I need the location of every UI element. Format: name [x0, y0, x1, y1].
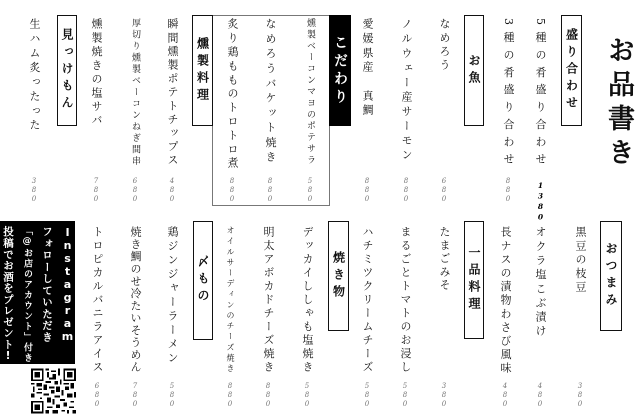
- menu-item: オイルサーディンのチーズ焼き: [223, 226, 237, 372]
- section-header-kunsei: 燻製料理: [192, 15, 213, 126]
- menu-item: なめろう: [437, 18, 451, 70]
- menu-item: 瞬間燻製ポテトチップス: [165, 18, 179, 165]
- menu-title: お品書き: [602, 36, 634, 172]
- menu-item: たまごみそ: [437, 226, 451, 290]
- price: 880: [503, 177, 513, 204]
- price: 680: [439, 177, 449, 204]
- price: 780: [91, 177, 101, 204]
- price: 580: [362, 382, 372, 409]
- price: 380: [575, 382, 585, 409]
- promo-line-follow: フォローしていただき: [40, 226, 54, 342]
- price: 880: [225, 382, 235, 409]
- qr-code-icon: [31, 367, 76, 415]
- price: 480: [167, 177, 177, 204]
- price: 580: [167, 382, 177, 409]
- section-label: 見っけもん: [60, 28, 74, 113]
- instagram-promo-box: Instagram フォローしていただき 「@お店のアカウント」付き 投稿でお酒…: [0, 221, 75, 364]
- menu-item: デッカイししゃも塩焼き: [300, 226, 314, 372]
- section-label: 盛り合わせ: [565, 28, 579, 113]
- price: 580: [400, 382, 410, 409]
- section-header-ippin: 一品料理: [464, 221, 484, 339]
- price: 880: [401, 177, 411, 204]
- menu-item: 厚切り燻製ベーコンねぎ間串: [128, 18, 142, 165]
- price: 680: [92, 382, 102, 409]
- section-header-osakana: お魚: [464, 15, 484, 126]
- section-label: こだわり: [333, 35, 347, 107]
- section-label: おつまみ: [604, 242, 618, 310]
- price: 780: [130, 382, 140, 409]
- price: 880: [263, 382, 273, 409]
- section-header-yakimono: 焼き物: [328, 221, 349, 331]
- menu-item: なめろうバケット焼き: [263, 18, 277, 162]
- section-header-moriawase: 盛り合わせ: [561, 15, 582, 126]
- menu-item: 鶏ジンジャーラーメン: [165, 226, 179, 363]
- section-label: 一品料理: [467, 246, 481, 314]
- price: 480: [500, 382, 510, 409]
- price: 880: [227, 177, 237, 204]
- section-label: 焼き物: [332, 251, 346, 302]
- menu-item: 生ハム炙ったった: [27, 18, 41, 130]
- section-label: 燻製料理: [196, 37, 210, 105]
- section-header-shime: 〆もの: [193, 221, 213, 340]
- section-header-mikkemon: 見っけもん: [57, 15, 77, 126]
- menu-item: ノルウェー産サーモン: [399, 18, 413, 160]
- menu-item: 黒豆の枝豆: [573, 226, 587, 292]
- menu-item: 5種の肴盛り合わせ: [533, 18, 547, 164]
- price: 880: [265, 177, 275, 204]
- menu-item: まるごとトマトのお浸し: [398, 226, 412, 372]
- price: 580: [305, 177, 315, 204]
- price: 680: [130, 177, 140, 204]
- price: 480: [535, 382, 545, 409]
- section-header-kodawari: こだわり: [329, 15, 351, 126]
- menu-item: 明太アボカドチーズ焼き: [261, 226, 275, 372]
- section-label: 〆もの: [196, 255, 210, 306]
- menu-item: 燻製ベーコンマヨのポテサラ: [303, 18, 317, 164]
- price: 1380: [535, 181, 545, 223]
- price: 580: [302, 382, 312, 409]
- section-header-otsumami: おつまみ: [600, 221, 622, 331]
- promo-line-instagram: Instagram: [60, 226, 74, 357]
- menu-item: 愛媛県産 真鯛: [360, 18, 374, 115]
- price: 380: [29, 177, 39, 204]
- menu-item: オクラ塩こぶ漬け: [533, 226, 547, 336]
- promo-line-present: 投稿でお酒をプレゼント!: [1, 226, 15, 362]
- menu-item: トロピカルバニラアイス: [90, 226, 104, 372]
- menu-item: 燻製焼きの塩サバ: [89, 18, 103, 125]
- promo-line-account-tag: 「@お店のアカウント」付き: [20, 226, 34, 362]
- menu-item: 3種の肴盛り合わせ: [501, 18, 515, 164]
- menu-item: ハチミツクリームチーズ: [360, 226, 374, 372]
- menu-item: 長ナスの漬物わさび風味: [498, 226, 512, 373]
- price: 380: [439, 382, 449, 409]
- section-label: お魚: [467, 54, 481, 88]
- menu-item: 焼き鯛のせ冷たいそうめん: [128, 226, 142, 372]
- menu-item: 炙り鶏もものトロトロ煮: [225, 18, 239, 168]
- price: 880: [362, 177, 372, 204]
